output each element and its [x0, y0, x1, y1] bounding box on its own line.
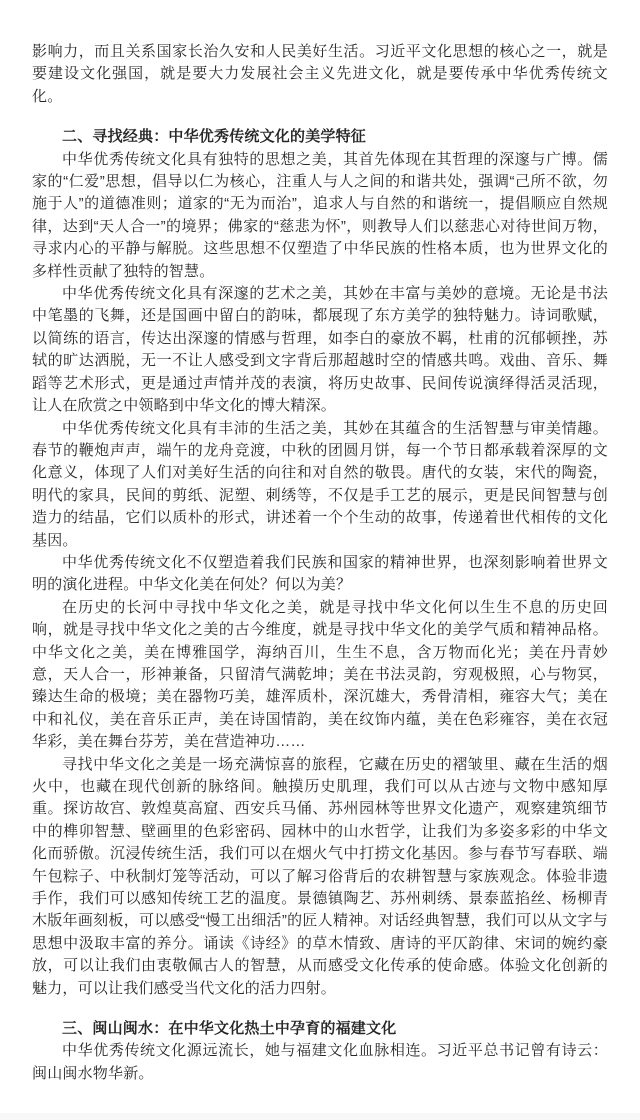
document-page: 影响力，而且关系国家长治久安和人民美好生活。习近平文化思想的核心之一，就是要建设…: [0, 0, 640, 1120]
paragraph: 中华优秀传统文化不仅塑造着我们民族和国家的精神世界，也深刻影响着世界文明的演化进…: [32, 552, 608, 597]
document-content: 影响力，而且关系国家长治久安和人民美好生活。习近平文化思想的核心之一，就是要建设…: [0, 0, 640, 1085]
page-bottom-edge: [0, 1113, 640, 1120]
paragraph: 中华优秀传统文化具有独特的思想之美，其首先体现在其哲理的深邃与广博。儒家的“仁爱…: [32, 149, 608, 283]
paragraph: 在历史的长河中寻找中华文化之美，就是寻找中华文化何以生生不息的历史回响，就是寻找…: [32, 597, 608, 754]
section-heading-2: 二、寻找经典：中华优秀传统文化的美学特征: [32, 126, 608, 148]
paragraph: 中华优秀传统文化具有丰沛的生活之美，其妙在其蕴含的生活智慧与审美情趣。春节的鞭炮…: [32, 418, 608, 552]
paragraph: 中华优秀传统文化源远流长，她与福建文化血脉相连。习近平总书记曾有诗云：闽山闽水物…: [32, 1040, 608, 1085]
section-heading-3: 三、闽山闽水：在中华文化热土中孕育的福建文化: [32, 1018, 608, 1040]
paragraph-continuation: 影响力，而且关系国家长治久安和人民美好生活。习近平文化思想的核心之一，就是要建设…: [32, 41, 608, 108]
paragraph: 中华优秀传统文化具有深邃的艺术之美，其妙在丰富与美妙的意境。无论是书法中笔墨的飞…: [32, 283, 608, 417]
paragraph: 寻找中华文化之美是一场充满惊喜的旅程，它藏在历史的褶皱里、藏在生活的烟火中，也藏…: [32, 754, 608, 1000]
